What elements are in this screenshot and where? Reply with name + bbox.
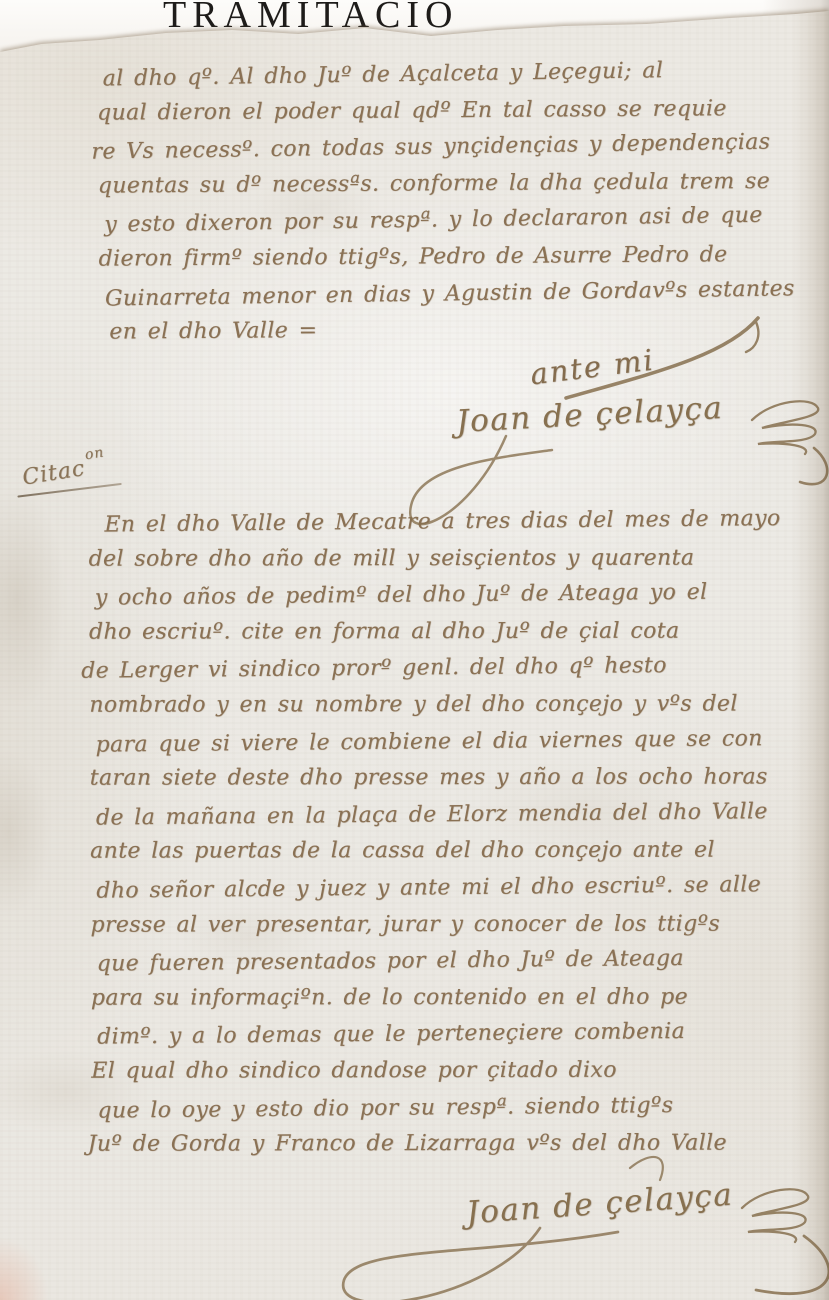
manuscript-sheet: al dho qº. Al dho Juº de Açalceta y Leçe… <box>0 0 829 1300</box>
manuscript-line: de la mañana en la plaça de Elorz mendia… <box>96 793 829 837</box>
manuscript-paper: al dho qº. Al dho Juº de Açalceta y Leçe… <box>0 0 829 1300</box>
manuscript-line: que fueren presentados por el dho Juº de… <box>97 940 829 984</box>
manuscript-line: para su informaçiºn. de lo contenido en … <box>91 979 829 1017</box>
manuscript-line: ante las puertas de la cassa del dho con… <box>90 833 829 871</box>
manuscript-line: En el dho Valle de Mecatre a tres dias d… <box>104 500 829 544</box>
manuscript-line: para que si viere le combiene el dia vie… <box>95 720 829 764</box>
manuscript-line: taran siete deste dho presse mes y año a… <box>90 760 829 798</box>
manuscript-line: de Lerger vi sindico prorº genl. del dho… <box>81 647 829 691</box>
margin-note-citacion: Citacon <box>20 452 106 491</box>
paragraph-power-grant: al dho qº. Al dho Juº de Açalceta y Leçe… <box>102 52 829 352</box>
signature-2-rubric <box>742 1189 829 1293</box>
manuscript-line: dimº. y a lo demas que le perteneçiere c… <box>97 1013 829 1057</box>
manuscript-line: dho señor alcde y juez y ante mi el dho … <box>96 866 829 910</box>
manuscript-line: que lo oye y esto dio por su respª. sien… <box>97 1086 829 1130</box>
manuscript-scan: TRAMITACIÓ al dho qº. Al dho Juº de Açal… <box>0 0 829 1300</box>
pen-trial-marks <box>424 11 482 33</box>
margin-note-superscript: on <box>84 444 106 463</box>
manuscript-line: dho escriuº. cite en forma al dho Juº de… <box>89 613 829 651</box>
signature-1-rubric <box>752 401 827 484</box>
manuscript-line: El qual dho sindico dandose por çitado d… <box>91 1052 829 1090</box>
signature-2-joan-de-celayca: Joan de çelayça <box>465 1177 734 1232</box>
manuscript-line: del sobre dho año de mill y seisçientos … <box>89 540 829 578</box>
manuscript-line: en el dho Valle = <box>109 310 829 352</box>
bottom-left-corner-tint <box>0 1170 120 1300</box>
attestation-ante-mi: ante mi <box>528 343 656 392</box>
manuscript-line: Juº de Gorda y Franco de Lizarraga vºs d… <box>88 1125 829 1163</box>
manuscript-line: presse al ver presentar, jurar y conocer… <box>90 906 829 944</box>
manuscript-line: nombrado y en su nombre y del dho conçej… <box>89 686 829 724</box>
manuscript-line: y ocho años de pedimº del dho Juº de Ate… <box>95 574 829 618</box>
margin-note-text: Citac <box>21 456 87 491</box>
signature-1-joan-de-celayca: Joan de çelayça <box>455 390 724 440</box>
paragraph-citacion-diligence: En el dho Valle de Mecatre a tres dias d… <box>94 502 829 1165</box>
